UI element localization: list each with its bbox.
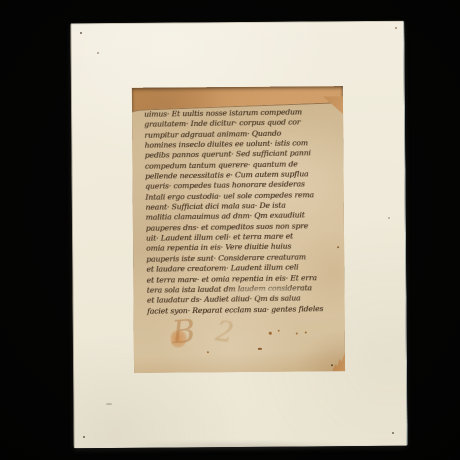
mat-board: uimus· Et uultis nosse istarum compedum … bbox=[70, 21, 407, 449]
photo-of-manuscript: { "scene": { "description": "Photograph … bbox=[0, 0, 460, 460]
mat-speck bbox=[97, 52, 99, 54]
margin-speck bbox=[337, 246, 339, 248]
ink-dash-stain bbox=[258, 348, 262, 350]
mat-speck bbox=[80, 32, 82, 34]
mat-smudge bbox=[106, 403, 112, 405]
mat-speck bbox=[83, 436, 85, 438]
ink-droplet-stain bbox=[296, 333, 298, 335]
mat-speck bbox=[395, 27, 397, 29]
mat-window-opening: uimus· Et uultis nosse istarum compedum … bbox=[132, 86, 345, 373]
faded-initial-b: B bbox=[171, 315, 197, 349]
rubbed-text-patch bbox=[225, 285, 305, 298]
mat-speck bbox=[388, 217, 390, 219]
ink-droplet-stain bbox=[269, 332, 272, 335]
ink-droplet-stain bbox=[278, 330, 280, 332]
mat-speck bbox=[392, 432, 394, 434]
floor-reflection bbox=[85, 443, 395, 452]
ink-dot-stain bbox=[207, 351, 209, 353]
